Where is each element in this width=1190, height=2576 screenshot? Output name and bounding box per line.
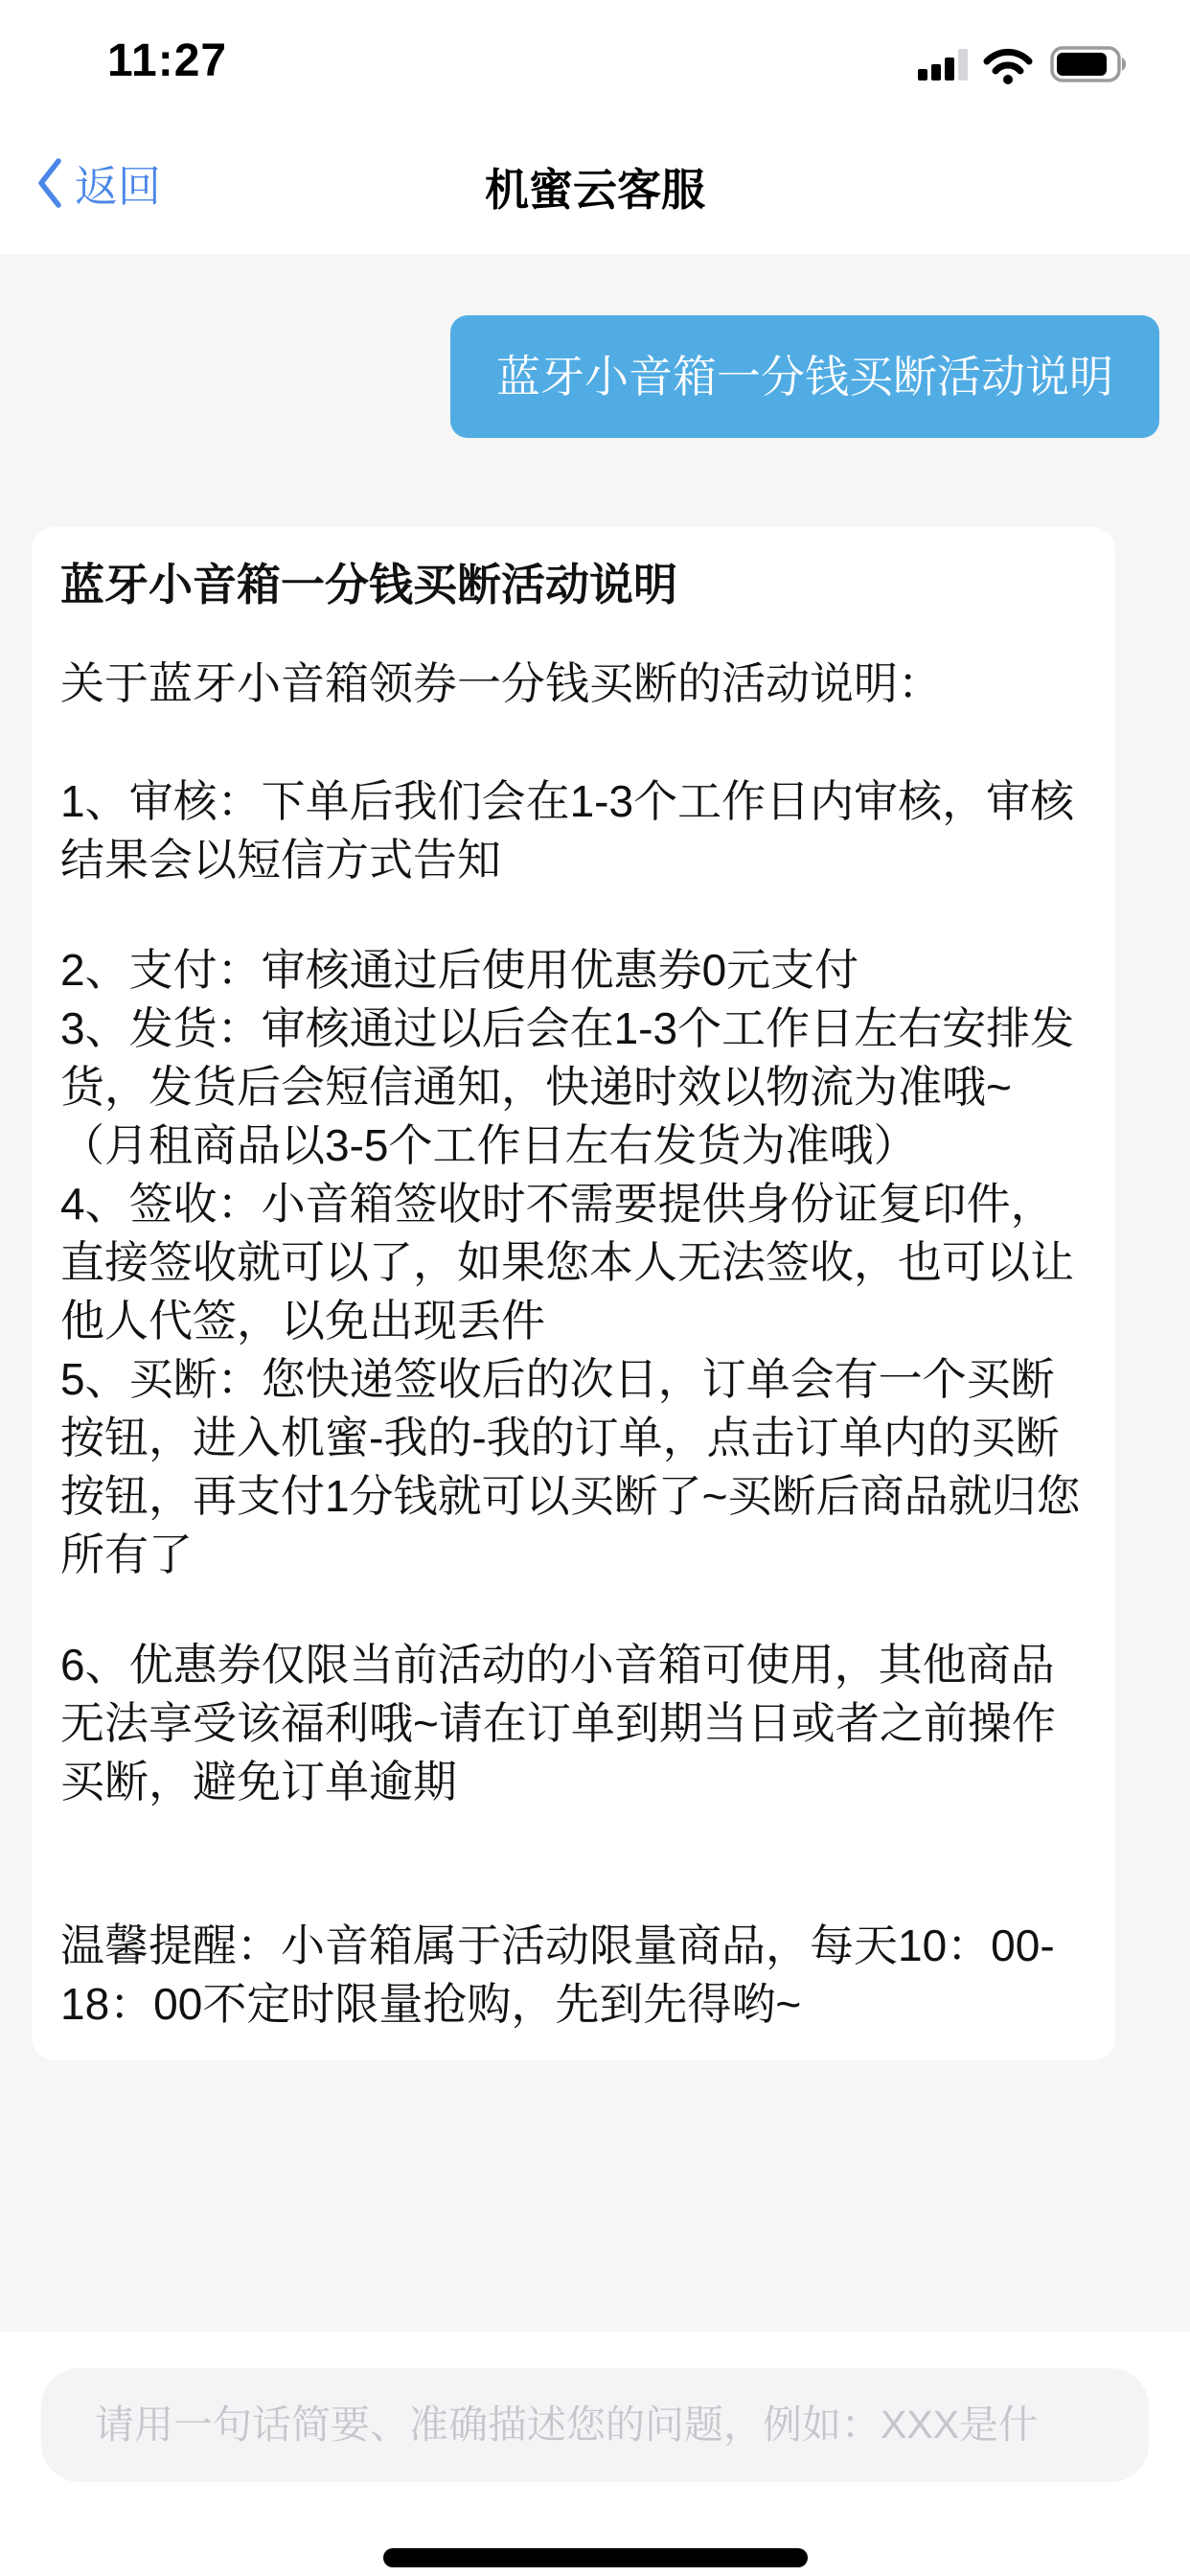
card-item: 2、支付：审核通过后使用优惠券0元支付	[60, 941, 1087, 1000]
status-icons	[912, 42, 1133, 84]
battery-icon	[1052, 48, 1126, 80]
cellular-signal-icon	[918, 49, 968, 80]
card-item: 6、优惠券仅限当前活动的小音箱可使用，其他商品无法享受该福利哦~请在订单到期当日…	[60, 1636, 1087, 1811]
card-reminder: 温馨提醒：小音箱属于活动限量商品，每天10：00-18：00不定时限量抢购，先到…	[60, 1917, 1087, 2034]
card-item: 1、审核：下单后我们会在1-3个工作日内审核，审核结果会以短信方式告知	[60, 772, 1087, 889]
message-input[interactable]	[41, 2368, 1149, 2482]
home-indicator[interactable]	[383, 2548, 808, 2567]
header: 11:27	[0, 0, 1190, 254]
card-item: 4、签收：小音箱签收时不需要提供身份证复印件，直接签收就可以了，如果您本人无法签…	[60, 1175, 1087, 1350]
chat-area: 蓝牙小音箱一分钱买断活动说明 蓝牙小音箱一分钱买断活动说明 关于蓝牙小音箱领券一…	[0, 254, 1190, 2332]
page-title: 机蜜云客服	[0, 155, 1190, 218]
status-time: 11:27	[107, 34, 227, 87]
card-item: 5、买断：您快递签收后的次日，订单会有一个买断按钮，进入机蜜-我的-我的订单，点…	[60, 1350, 1087, 1584]
card-item: 3、发货：审核通过以后会在1-3个工作日左右安排发货，发货后会短信通知，快递时效…	[60, 1000, 1087, 1175]
activity-card: 蓝牙小音箱一分钱买断活动说明 关于蓝牙小音箱领券一分钱买断的活动说明： 1、审核…	[32, 527, 1115, 2060]
card-title: 蓝牙小音箱一分钱买断活动说明	[60, 556, 1087, 614]
sent-message-bubble[interactable]: 蓝牙小音箱一分钱买断活动说明	[450, 315, 1159, 438]
card-intro: 关于蓝牙小音箱领券一分钱买断的活动说明：	[60, 655, 1087, 713]
wifi-icon	[987, 52, 1029, 84]
status-icons-svg	[912, 42, 1133, 84]
composer-bar	[0, 2332, 1190, 2576]
